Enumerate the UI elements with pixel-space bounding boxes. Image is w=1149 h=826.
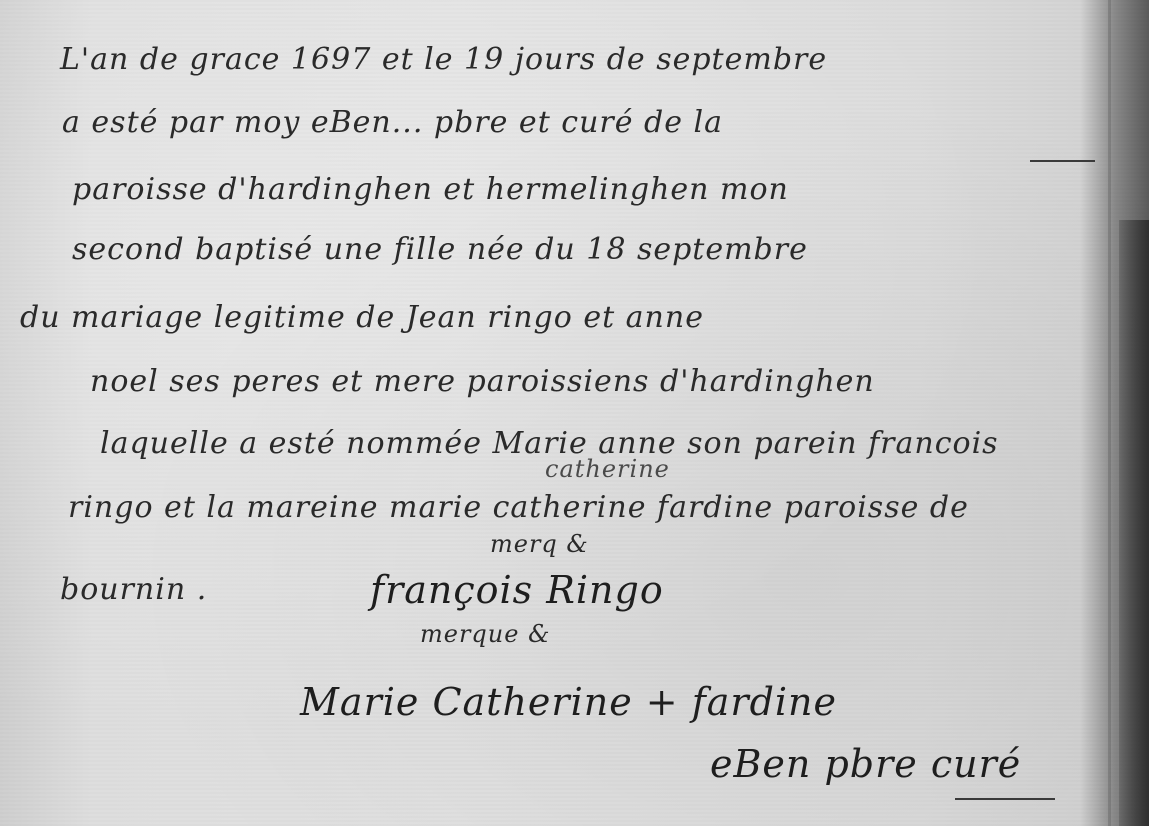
text-line-5: du mariage legitime de Jean ringo et ann… xyxy=(20,300,704,335)
godfather-mark: merq & xyxy=(490,530,589,558)
priest-signature: eBen pbre curé xyxy=(710,742,1021,786)
text-line-2: a esté par moy eBen... pbre et curé de l… xyxy=(62,105,723,140)
godmother-signature: Marie Catherine + fardine xyxy=(300,680,837,724)
text-line-1: L'an de grace 1697 et le 19 jours de sep… xyxy=(60,42,827,77)
godfather-signature: françois Ringo xyxy=(370,568,664,612)
godmother-mark: merque & xyxy=(420,620,550,648)
text-line-4: second baptisé une fille née du 18 septe… xyxy=(72,232,808,267)
line-end-dash xyxy=(1030,160,1095,162)
page-edge-shadow xyxy=(1119,220,1149,826)
page-fold-line xyxy=(1108,0,1111,826)
text-line-9: bournin . xyxy=(60,572,207,607)
signature-underline xyxy=(955,798,1055,800)
interlinear-insertion: catherine xyxy=(545,455,670,483)
text-line-6: noel ses peres et mere paroissiens d'har… xyxy=(90,364,875,399)
text-line-8: ringo et la mareine marie catherine fard… xyxy=(68,490,969,525)
text-line-3: paroisse d'hardinghen et hermelinghen mo… xyxy=(72,172,789,207)
